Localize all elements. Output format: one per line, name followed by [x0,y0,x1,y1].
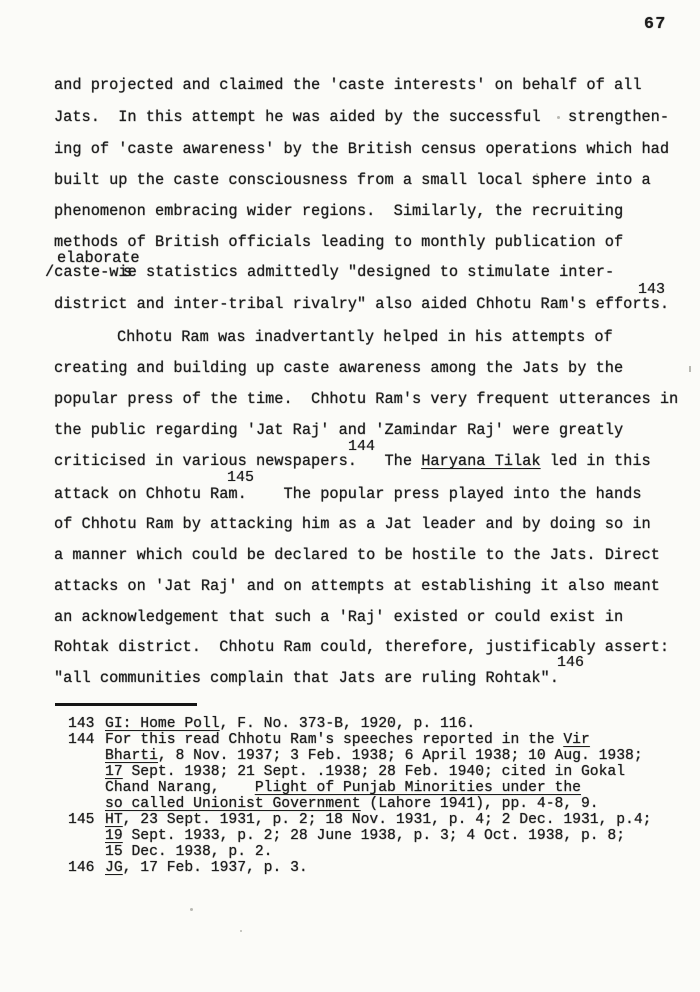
footnote-text: Chand Narang, [105,780,255,796]
footnote-line: 17 Sept. 1938; 21 Sept. .1938; 28 Feb. 1… [105,765,625,780]
body-line: district and inter-tribal rivalry" also … [54,297,669,312]
scan-speck [240,930,242,932]
body-text: e statistics admittedly "designed to sti… [128,263,615,281]
footnote-ref-146: 146 [557,655,584,670]
footnote-text: , F. No. 373-B, 1920, p. 116. [220,716,476,732]
footnote-number: 145 [68,813,94,828]
footnote-text: , 23 Sept. 1931, p. 2; 18 Nov. 1931, p. … [123,812,652,828]
body-line: an acknowledgement that such a 'Raj' exi… [54,610,623,625]
body-line: ing of 'caste awareness' by the British … [54,142,669,157]
body-line: and projected and claimed the 'caste int… [54,78,642,93]
scan-speck [689,366,691,372]
body-line: criticised in various newspapers. The Ha… [54,454,651,469]
footnote-line: so called Unionist Government (Lahore 19… [105,797,599,812]
underlined-text: 19 [105,828,123,844]
footnote-separator [55,703,197,706]
footnote-text: For this read Chhotu Ram's speeches repo… [105,732,563,748]
body-line: Chhotu Ram was inadvertantly helped in h… [117,330,613,345]
body-text: criticised in various newspapers. The [54,452,421,470]
page-number: 67 [644,14,667,33]
body-line: attacks on 'Jat Raj' and on attempts at … [54,579,660,594]
underlined-text: 17 [105,764,123,780]
overtyped-text: is [118,263,127,281]
footnote-line: 19 Sept. 1933, p. 2; 28 June 1938, p. 3;… [105,829,625,844]
scan-speck [536,173,538,175]
footnote-line: For this read Chhotu Ram's speeches repo… [105,733,590,748]
body-line: popular press of the time. Chhotu Ram's … [54,392,678,407]
body-line: Jats. In this attempt he was aided by th… [54,110,669,125]
source-title: so called Unionist Government [105,796,361,812]
body-line: a manner which could be declared to be h… [54,548,660,563]
footnote-line: Chand Narang, Plight of Punjab Minoritie… [105,781,581,796]
body-line: of Chhotu Ram by attacking him as a Jat … [54,517,651,532]
footnote-line: GI: Home Poll, F. No. 373-B, 1920, p. 11… [105,717,475,732]
body-line: built up the caste consciousness from a … [54,173,651,188]
body-line: attack on Chhotu Ram. The popular press … [54,487,642,502]
footnote-number: 144 [68,733,94,748]
newspaper-title: Haryana Tilak [421,452,540,470]
footnote-text: , 8 Nov. 1937; 3 Feb. 1938; 6 April 1938… [158,748,643,764]
body-text: /caste-w [45,263,118,281]
scan-speck [557,116,560,119]
footnote-number: 143 [68,717,94,732]
source-title: JG [105,860,123,876]
footnote-line: HT, 23 Sept. 1931, p. 2; 18 Nov. 1931, p… [105,813,651,828]
body-line: /caste-wise statistics admittedly "desig… [45,265,614,280]
footnote-text: Sept. 1933, p. 2; 28 June 1938, p. 3; 4 … [123,828,625,844]
body-line: "all communities complain that Jats are … [54,671,559,686]
footnote-text: (Lahore 1941), pp. 4-8, 9. [361,796,599,812]
body-text: led in this [541,452,651,470]
source-title: GI: Home Poll [105,716,220,732]
source-title: Vir [563,732,589,748]
source-title: HT [105,812,123,828]
scanned-document-page: 67 and projected and claimed the 'caste … [0,0,700,992]
footnote-text: Sept. 1938; 21 Sept. .1938; 28 Feb. 1940… [123,764,625,780]
scan-speck [190,908,193,911]
footnote-line: 15 Dec. 1938, p. 2. [105,845,272,860]
body-line: the public regarding 'Jat Raj' and 'Zami… [54,423,623,438]
footnote-line: JG, 17 Feb. 1937, p. 3. [105,861,308,876]
footnote-number: 146 [68,861,94,876]
source-title: Bharti [105,748,158,764]
footnote-ref-145: 145 [227,470,254,485]
body-line: Rohtak district. Chhotu Ram could, there… [54,640,669,655]
body-line: methods of British officials leading to … [54,235,623,250]
body-line: phenomenon embracing wider regions. Simi… [54,204,623,219]
footnote-line: Bharti, 8 Nov. 1937; 3 Feb. 1938; 6 Apri… [105,749,643,764]
body-line: creating and building up caste awareness… [54,361,623,376]
footnote-text: , 17 Feb. 1937, p. 3. [123,860,308,876]
source-title: Plight of Punjab Minorities under the [255,780,581,796]
